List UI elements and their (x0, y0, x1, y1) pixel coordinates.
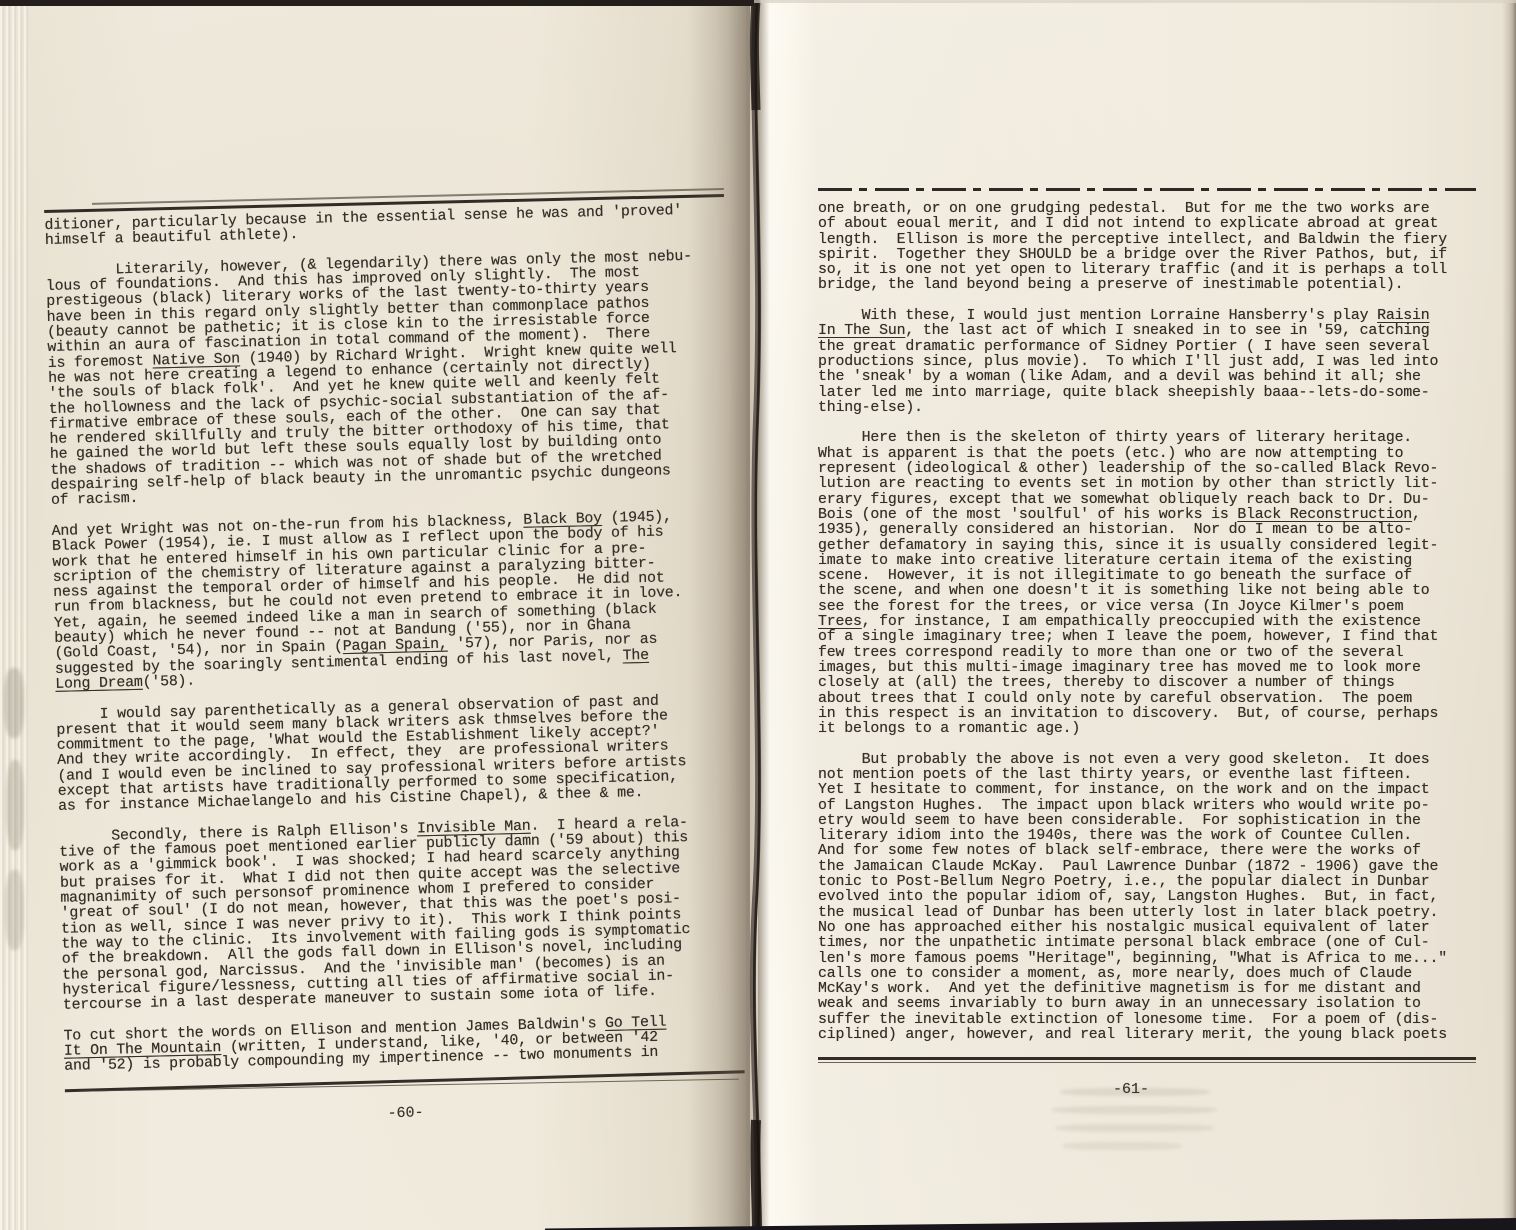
bleedthrough-mark (1056, 1124, 1214, 1132)
underlined-title: Trees (818, 614, 862, 630)
book-right-edge (1502, 0, 1516, 1230)
bleedthrough-mark (4, 668, 24, 738)
right-page-top-rule (818, 188, 1476, 191)
bleedthrough-mark (1052, 1106, 1217, 1114)
underlined-title: Raisin (1377, 308, 1429, 324)
underlined-title: Go Tell (605, 1014, 667, 1031)
paragraph: And yet Wright was not on-the-run from h… (52, 509, 736, 693)
paragraph: one breath, or on one grudging pedestal.… (818, 202, 1476, 294)
left-page-text: ditioner, particularly because in the es… (44, 203, 744, 1075)
underlined-title: Native Son (152, 351, 240, 369)
paragraph: Here then is the skeleton of thirty year… (818, 431, 1476, 737)
book-top-edge (0, 0, 754, 6)
paragraph: Literarily, however, (& legendarily) the… (45, 249, 731, 510)
left-page-bottom-rule (65, 1071, 745, 1095)
underlined-title: Pagan Spain, (343, 637, 448, 655)
underlined-title: It On The Mountain (64, 1040, 222, 1060)
underlined-title: The (622, 647, 649, 664)
underlined-title: Invisible Man (417, 819, 531, 838)
right-page-number: -61- (802, 1081, 1460, 1098)
page-stack-edge (0, 0, 30, 1230)
underlined-title: Black Reconstruction (1237, 507, 1412, 523)
bleedthrough-mark (5, 870, 24, 950)
right-page-bottom-rule (818, 1057, 1476, 1064)
right-page-text: one breath, or on one grudging pedestal.… (818, 202, 1476, 1043)
underlined-title: Long Dream (55, 675, 143, 693)
paragraph: But probably the above is not even a ver… (818, 753, 1476, 1044)
book-top-edge-right (754, 0, 1516, 3)
left-page: ditioner, particularly because in the es… (44, 188, 746, 1129)
gutter-crease (690, 0, 820, 1230)
paragraph: I would say parenthetically as a general… (56, 692, 738, 815)
underlined-title: In The Sun (818, 323, 905, 339)
paragraph: To cut short the words on Ellison and me… (63, 1013, 744, 1075)
right-page: one breath, or on one grudging pedestal.… (818, 188, 1476, 1098)
paragraph: With these, I would just mention Lorrain… (818, 309, 1476, 416)
bleedthrough-mark (1062, 1142, 1182, 1150)
book-spread: ditioner, particularly because in the es… (0, 0, 1516, 1230)
underlined-title: Black Boy (523, 511, 602, 529)
paragraph: Secondly, there is Ralph Ellison's Invis… (59, 815, 743, 1015)
bleedthrough-mark (6, 760, 24, 850)
